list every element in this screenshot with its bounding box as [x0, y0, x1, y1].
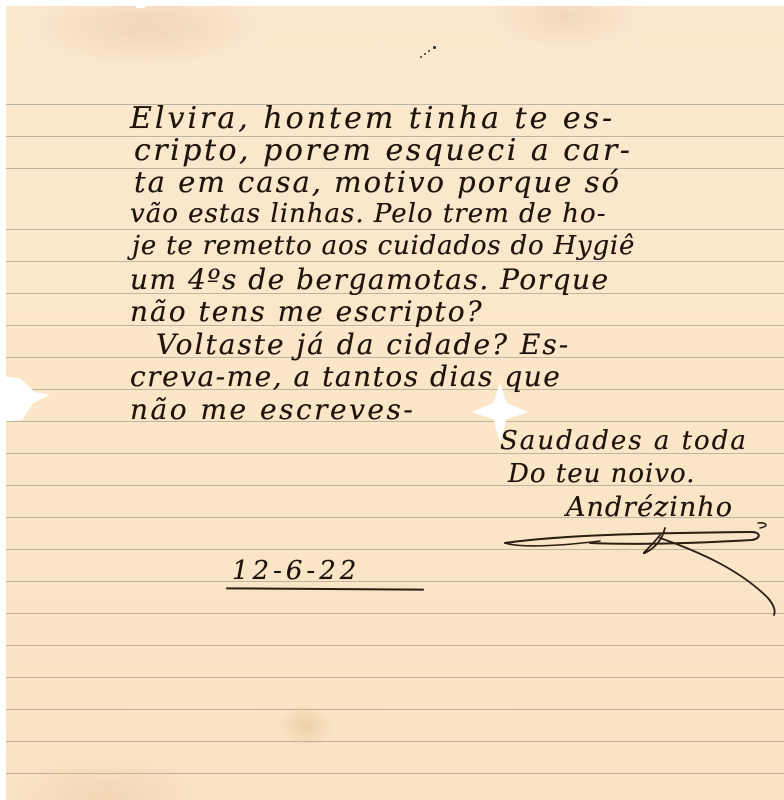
signature-flourish — [0, 0, 784, 800]
date-text: 12-6-22 — [232, 558, 360, 584]
